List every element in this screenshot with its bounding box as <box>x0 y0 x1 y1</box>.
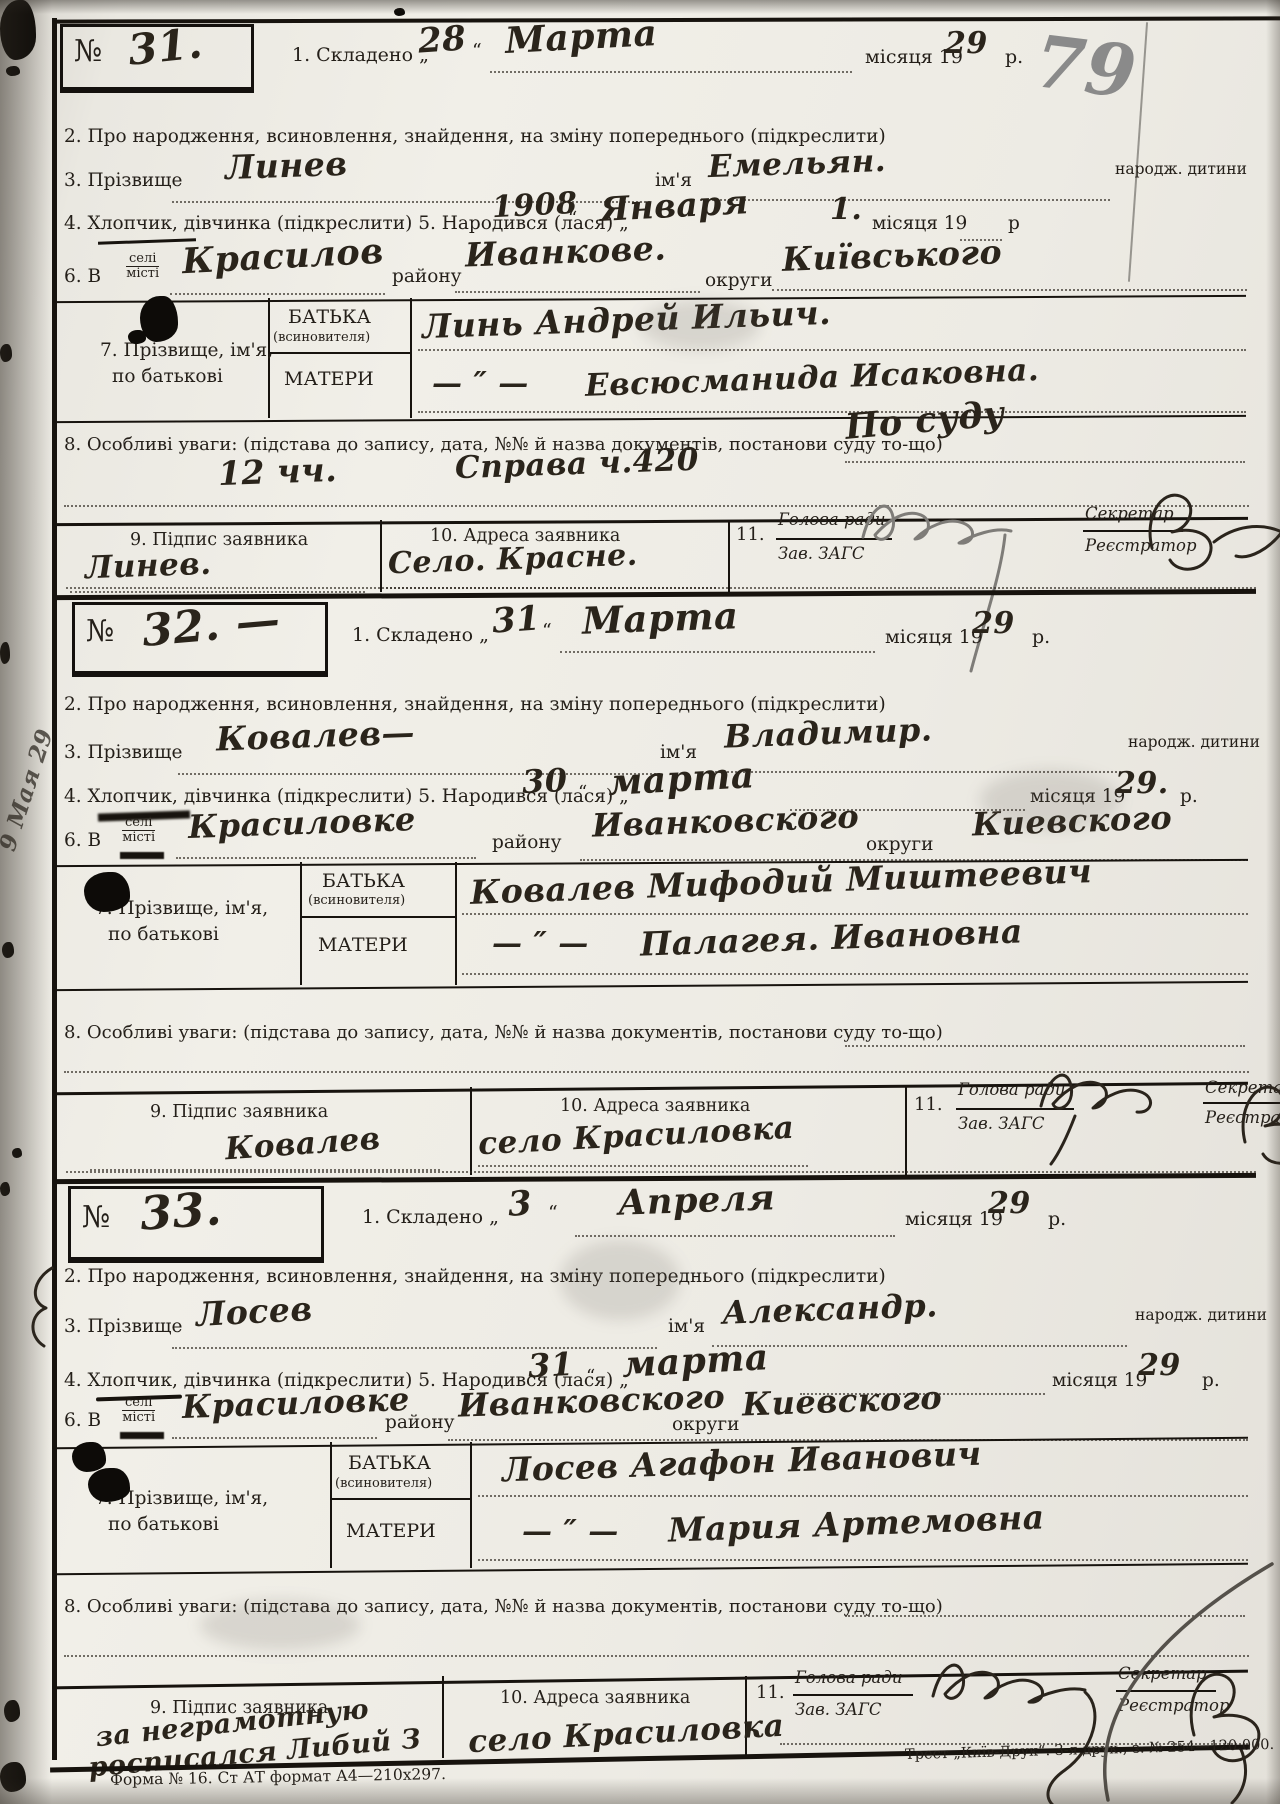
paper-stain <box>0 1182 10 1196</box>
paper-hole <box>84 872 130 912</box>
box7-mid-line <box>330 1498 470 1500</box>
paper-hole <box>72 1442 106 1472</box>
line2-label: 2. Про народження, всиновлення, знайденн… <box>64 1266 886 1287</box>
quote-close: “ <box>542 620 552 642</box>
paper-stain <box>4 1700 20 1722</box>
signature-value: Линев. <box>84 546 212 586</box>
line2-label: 2. Про народження, всиновлення, знайденн… <box>64 126 886 147</box>
paper-stain <box>12 1148 22 1158</box>
fill-line <box>560 650 875 653</box>
r-label: р. <box>1202 1370 1220 1391</box>
child-label: народж. дитини <box>1115 160 1247 178</box>
head-signature-scribble <box>1035 1046 1265 1166</box>
box7-divider <box>300 862 302 985</box>
paper-stain <box>394 8 405 16</box>
fio-label-1: 7. Прізвище, ім'я, <box>100 340 273 361</box>
quote-close: “ <box>472 40 482 62</box>
address-label: 10. Адреса заявника <box>500 1688 690 1708</box>
fill-line <box>845 460 1245 463</box>
cell-divider <box>380 520 382 592</box>
paper-stain <box>2 942 14 958</box>
made-label: 1. Складено „ <box>352 624 489 646</box>
fill-line <box>462 912 1248 915</box>
paper-smudge <box>640 300 760 350</box>
fill-line <box>172 1436 377 1439</box>
quote-close: “ <box>578 782 587 803</box>
fill-line <box>172 200 650 203</box>
mother-label: МАТЕРИ <box>318 934 408 956</box>
surname-label: 3. Прізвище <box>64 170 182 191</box>
golova-line <box>793 1694 913 1696</box>
father-label: БАТЬКА <box>348 1452 431 1474</box>
fill-line <box>172 1346 657 1349</box>
line2-label: 2. Про народження, всиновлення, знайденн… <box>64 694 886 715</box>
record-number-value: 33. <box>138 1181 223 1241</box>
made-month: Марта <box>504 12 658 62</box>
item11-label: 11. <box>756 1682 785 1703</box>
quote-close: “ <box>548 1202 558 1224</box>
box7-divider <box>455 862 457 985</box>
father-sublabel: (всиновителя) <box>335 1476 432 1491</box>
made-day: 3 <box>507 1183 534 1225</box>
seli-label: селі <box>122 1396 155 1411</box>
rayon-label: району <box>392 266 462 287</box>
separator-dotted <box>66 1170 1256 1173</box>
paper-stain <box>0 1762 26 1792</box>
record-number-value: 31. <box>126 18 205 75</box>
paper-smudge <box>560 1240 680 1320</box>
mother-ditto: — ″ — <box>432 366 529 401</box>
village-value: Красиловке <box>181 1380 410 1426</box>
misti-label: місті <box>122 1410 155 1425</box>
seli-misti-fraction: селімісті <box>122 1396 155 1425</box>
fio-label-2: по батькові <box>108 1514 219 1535</box>
okruha-value: Киевского <box>741 1379 942 1424</box>
box7-mid-line <box>268 352 410 354</box>
seli-label: селі <box>122 816 155 831</box>
secretary-signature-scribble <box>1235 1072 1280 1182</box>
misti-strike <box>120 852 164 859</box>
village-value: Красиловке <box>187 800 416 846</box>
surname-label: 3. Прізвище <box>64 1316 182 1337</box>
made-label: 1. Складено „ <box>362 1206 499 1228</box>
v-label: 6. В <box>64 266 101 287</box>
seli-misti-fraction: селімісті <box>126 252 159 281</box>
name-label: ім'я <box>668 1316 705 1337</box>
fill-line <box>462 972 1248 975</box>
seli-label: селі <box>126 252 159 267</box>
made-day: 31 <box>491 598 542 641</box>
fill-line <box>70 590 365 593</box>
father-label: БАТЬКА <box>288 306 371 328</box>
v-label: 6. В <box>64 1410 101 1431</box>
fill-line <box>478 1494 1248 1497</box>
item11-label: 11. <box>914 1094 943 1115</box>
made-year: 29 <box>945 26 988 61</box>
paper-smudge <box>200 1600 360 1650</box>
made-month: Апреля <box>617 1177 776 1223</box>
surname-value: Линев <box>224 144 348 187</box>
rayon-value: Иванкове. <box>464 228 667 274</box>
paper-stain <box>0 0 36 60</box>
month19-label: місяця 19 <box>872 213 967 234</box>
item11-label: 11. <box>736 524 765 545</box>
made-year: 29 <box>988 1186 1031 1221</box>
fill-line <box>478 1164 808 1167</box>
fio-label-2: по батькові <box>108 924 219 945</box>
sign-label: 9. Підпис заявника <box>150 1102 328 1122</box>
name-value: Емельян. <box>707 143 886 185</box>
child-label: народж. дитини <box>1128 733 1260 751</box>
born-year: 29 <box>1138 1348 1181 1383</box>
cell-divider <box>442 1676 444 1758</box>
box7-divider <box>330 1442 332 1568</box>
fill-line <box>170 292 385 295</box>
paper-stain <box>0 344 12 362</box>
month19-label: місяця 19 <box>1052 1370 1147 1391</box>
surname-value: Лосев <box>195 1289 313 1334</box>
no-label: № <box>86 614 114 649</box>
cell-divider <box>728 520 730 592</box>
fill-line <box>178 772 656 775</box>
okruha-label: округи <box>672 1414 739 1435</box>
secretary-signature-scribble <box>1140 482 1280 592</box>
v-label: 6. В <box>64 830 101 851</box>
mother-ditto: — ″ — <box>492 926 589 961</box>
r-label: р. <box>1048 1208 1066 1230</box>
born-year: 29. <box>1115 766 1169 801</box>
name-value: Владимир. <box>723 710 933 755</box>
no-label: № <box>82 1200 110 1235</box>
born-note: 1. <box>830 192 862 227</box>
misti-label: місті <box>122 830 155 845</box>
paper-hole <box>128 330 146 344</box>
r-label: р <box>1008 213 1020 234</box>
okruha-label: округи <box>866 834 933 855</box>
zags-label: Зав. ЗАГС <box>795 1700 882 1719</box>
golova-label: Голова ради <box>795 1668 902 1687</box>
fill-line <box>490 70 852 73</box>
rayon-label: району <box>385 1412 455 1433</box>
child-label: народж. дитини <box>1135 1306 1267 1324</box>
made-month: Марта <box>581 593 739 642</box>
born-month: марта <box>607 754 756 804</box>
box7-divider <box>470 1442 472 1568</box>
surname-value: Ковалев— <box>215 713 415 759</box>
separator-dotted <box>66 586 1256 589</box>
father-label: БАТЬКА <box>322 870 405 892</box>
born-day: 31 <box>527 1345 574 1385</box>
born-month: Января <box>599 182 749 229</box>
no-label: № <box>74 34 102 69</box>
fill-line <box>455 290 700 293</box>
fill-line <box>418 410 1246 413</box>
mother-label: МАТЕРИ <box>284 368 374 390</box>
scanned-registry-page: { "document": { "page_number": "79", "ma… <box>0 0 1280 1804</box>
zags-label: Зав. ЗАГС <box>778 544 865 563</box>
left-frame-line <box>52 18 57 1760</box>
seli-misti-fraction: селімісті <box>122 816 155 845</box>
cell-divider <box>905 1087 907 1175</box>
made-day: 28 <box>417 18 468 61</box>
line8-label: 8. Особливі уваги: (підстава до запису, … <box>64 1596 943 1617</box>
name-value: Александр. <box>721 1286 938 1332</box>
fill-line <box>418 348 1246 351</box>
r-label: р. <box>1005 46 1023 68</box>
fill-line <box>772 288 1247 291</box>
mother-ditto: — ″ — <box>522 1514 619 1549</box>
zags-label: Зав. ЗАГС <box>958 1114 1045 1133</box>
born-day: 30 <box>521 761 568 801</box>
paper-smudge <box>980 770 1120 830</box>
box7-mid-line <box>300 916 455 918</box>
okruha-label: округи <box>705 270 772 291</box>
misti-label: місті <box>126 266 159 281</box>
r-label: р. <box>1032 626 1050 648</box>
paper-hole <box>88 1468 130 1502</box>
okruha-value: Київського <box>781 232 1002 279</box>
fill-line <box>575 1234 895 1237</box>
line8-label: 8. Особливі уваги: (підстава до запису, … <box>64 1022 943 1043</box>
box7-divider <box>410 298 412 418</box>
made-label: 1. Складено „ <box>292 44 429 66</box>
quote-close: “ <box>568 208 577 229</box>
paper-stain <box>0 642 10 664</box>
born-day: 1908 <box>491 186 578 225</box>
r-label: р. <box>1180 786 1198 807</box>
flourish-arc <box>990 1560 1280 1804</box>
made-year: 29 <box>972 606 1015 641</box>
fill-line <box>700 198 1110 201</box>
fio-label-2: по батькові <box>112 366 223 387</box>
cell-divider <box>470 1087 472 1175</box>
page-number: 79 <box>1030 18 1141 115</box>
father-sublabel: (всиновителя) <box>273 330 370 345</box>
fill-line <box>176 856 476 859</box>
misti-strike <box>120 1432 164 1439</box>
month19-label: місяця 19 <box>885 626 983 648</box>
notes-b: 12 чч. <box>217 450 337 493</box>
rayon-label: району <box>492 832 562 853</box>
mother-label: МАТЕРИ <box>346 1520 436 1542</box>
fill-line <box>712 1344 1127 1347</box>
father-sublabel: (всиновителя) <box>308 893 405 908</box>
paper-stain <box>6 66 20 76</box>
margin-scribble <box>22 1262 72 1352</box>
surname-label: 3. Прізвище <box>64 742 182 763</box>
